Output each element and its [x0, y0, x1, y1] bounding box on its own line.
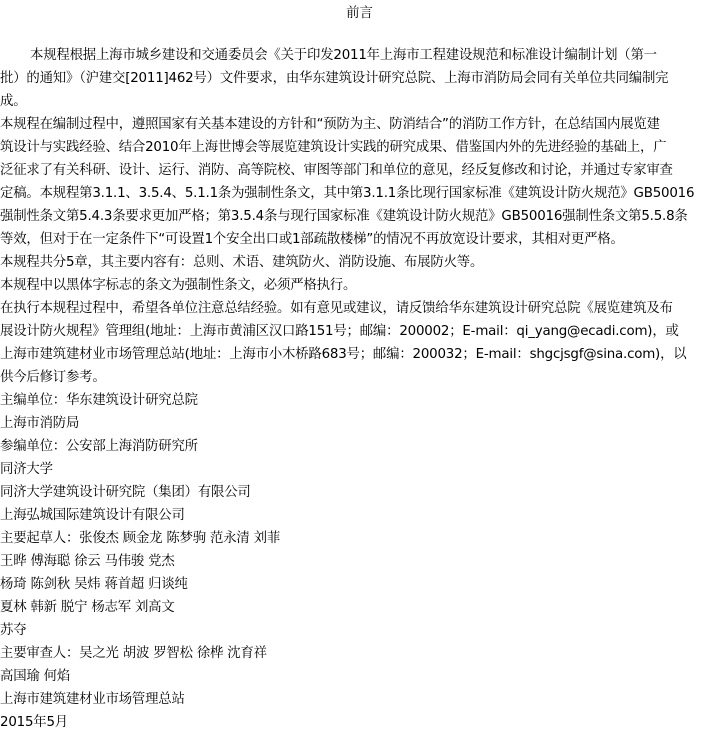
drafters-names: 张俊杰 顾金龙 陈梦驹 范永清 刘菲 — [79, 531, 280, 546]
participating-unit: 同济大学建筑设计研究院（集团）有限公司 — [0, 481, 719, 504]
chief-units-line: 主编单位：华东建筑设计研究总院 — [0, 389, 719, 412]
drafters-names: 夏林 韩新 脱宁 杨志军 刘高文 — [0, 596, 719, 619]
reviewers-names: 吴之光 胡波 罗智松 徐桦 沈育祥 — [79, 646, 267, 661]
drafters-names: 王晔 傅海聪 徐云 马伟骏 党杰 — [0, 550, 719, 573]
participating-units-label: 参编单位： — [0, 439, 66, 454]
paragraph-chapters: 本规程共分5章，其主要内容有：总则、术语、建筑防火、消防设施、布展防火等。 — [0, 251, 719, 274]
document-body: 本规程根据上海市城乡建设和交通委员会《关于印发2011年上海市工程建设规范和标准… — [0, 44, 719, 729]
page-title: 前言 — [0, 4, 719, 24]
reviewers-label: 主要审查人： — [0, 646, 79, 661]
text-line: 定稿。本规程第3.1.1、3.5.4、5.1.1条为强制性条文，其中第3.1.1… — [0, 182, 719, 205]
text-line: 在执行本规程过程中，希望各单位注意总结经验。如有意见或建议，请反馈给华东建筑设计… — [0, 297, 719, 320]
text-line: 本规程在编制过程中，遵照国家有关基本建设的方针和“预防为主、防消结合”的消防工作… — [0, 113, 719, 136]
text-line: 批）的通知》（沪建交[2011]462号）文件要求，由华东建筑设计研究总院、上海… — [0, 67, 719, 90]
issue-date: 2015年5月 — [0, 711, 719, 729]
paragraph-process: 本规程在编制过程中，遵照国家有关基本建设的方针和“预防为主、防消结合”的消防工作… — [0, 113, 719, 251]
text-line: 强制性条文第5.4.3条要求更加严格；第3.5.4条与现行国家标准《建筑设计防火… — [0, 205, 719, 228]
reviewers-line: 主要审查人：吴之光 胡波 罗智松 徐桦 沈育祥 — [0, 642, 719, 665]
chief-unit: 华东建筑设计研究总院 — [66, 393, 198, 408]
participating-unit: 同济大学 — [0, 458, 719, 481]
drafters-label: 主要起草人： — [0, 531, 79, 546]
drafters-line: 主要起草人：张俊杰 顾金龙 陈梦驹 范永清 刘菲 — [0, 527, 719, 550]
text-line: 成。 — [0, 90, 719, 113]
text-line: 筑设计与实践经验、结合2010年上海世博会等展览建筑设计实践的研究成果、借鉴国内… — [0, 136, 719, 159]
participating-unit: 上海弘城国际建筑设计有限公司 — [0, 504, 719, 527]
text-line: 泛征求了有关科研、设计、运行、消防、高等院校、审图等部门和单位的意见，经反复修改… — [0, 159, 719, 182]
text-line: 本规程根据上海市城乡建设和交通委员会《关于印发2011年上海市工程建设规范和标准… — [0, 44, 719, 67]
participating-units-line: 参编单位：公安部上海消防研究所 — [0, 435, 719, 458]
paragraph-feedback: 在执行本规程过程中，希望各单位注意总结经验。如有意见或建议，请反馈给华东建筑设计… — [0, 297, 719, 389]
participating-unit: 公安部上海消防研究所 — [66, 439, 198, 454]
text-line: 本规程共分5章，其主要内容有：总则、术语、建筑防火、消防设施、布展防火等。 — [0, 251, 719, 274]
text-line: 上海市建筑建材业市场管理总站(地址：上海市小木桥路683号；邮编：200032；… — [0, 343, 719, 366]
drafters-names: 苏夺 — [0, 619, 719, 642]
text-line: 本规程中以黑体字标志的条文为强制性条文，必须严格执行。 — [0, 274, 719, 297]
drafters-names: 杨琦 陈剑秋 吴炜 蒋首超 归谈纯 — [0, 573, 719, 596]
paragraph-basis: 本规程根据上海市城乡建设和交通委员会《关于印发2011年上海市工程建设规范和标准… — [0, 44, 719, 113]
chief-units-label: 主编单位： — [0, 393, 66, 408]
text-line: 等效，但对于在一定条件下“可设置1个安全出口或1部疏散楼梯”的情况不再放宽设计要… — [0, 228, 719, 251]
issuer: 上海市建筑建材业市场管理总站 — [0, 688, 719, 711]
reviewers-names: 高国瑜 何焰 — [0, 665, 719, 688]
text-line: 展设计防火规程》管理组(地址：上海市黄浦区汉口路151号；邮编：200002；E… — [0, 320, 719, 343]
paragraph-mandatory: 本规程中以黑体字标志的条文为强制性条文，必须严格执行。 — [0, 274, 719, 297]
chief-unit: 上海市消防局 — [0, 412, 719, 435]
text-line: 供今后修订参考。 — [0, 366, 719, 389]
credits-section: 主编单位：华东建筑设计研究总院 上海市消防局 参编单位：公安部上海消防研究所 同… — [0, 389, 719, 729]
